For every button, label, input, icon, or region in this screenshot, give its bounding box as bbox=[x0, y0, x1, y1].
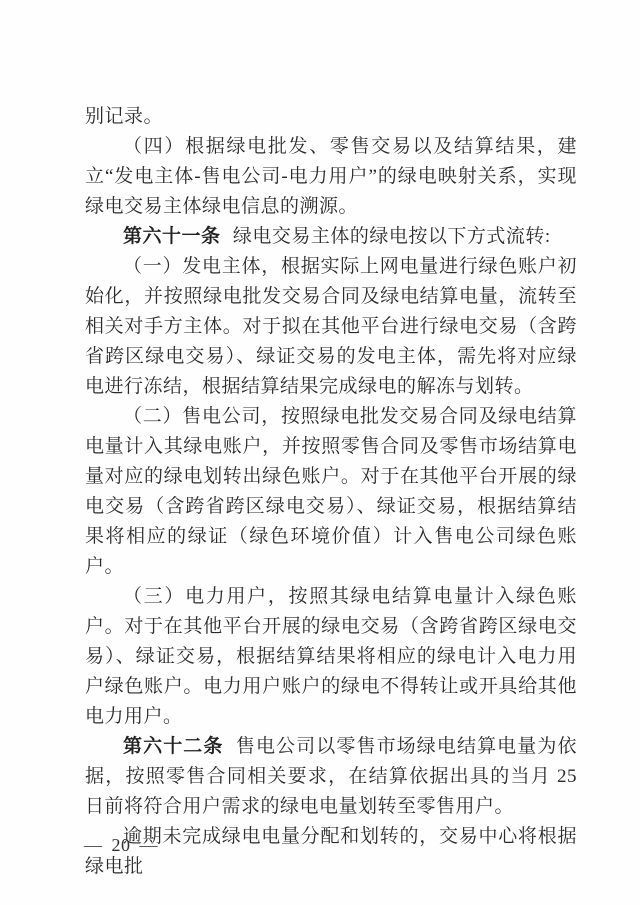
footer-dash-left: — bbox=[84, 835, 103, 855]
footer-dash-right: — bbox=[140, 835, 159, 855]
article-61-text: 绿电交易主体的绿电按以下方式流转: bbox=[233, 226, 551, 247]
paragraph-article-62: 第六十二条售电公司以零售市场绿电结算电量为依据，按照零售合同相关要求，在结算依据… bbox=[85, 732, 577, 822]
article-62-heading: 第六十二条 bbox=[123, 736, 224, 757]
paragraph-overdue-note: 逾期未完成绿电电量分配和划转的，交易中心将根据绿电批 bbox=[85, 822, 577, 882]
document-content: 别记录。 （四）根据绿电批发、零售交易以及结算结果，建立“发电主体-售电公司-电… bbox=[85, 102, 577, 882]
paragraph-item-4: （四）根据绿电批发、零售交易以及结算结果，建立“发电主体-售电公司-电力用户”的… bbox=[85, 132, 577, 222]
document-page: 别记录。 （四）根据绿电批发、零售交易以及结算结果，建立“发电主体-售电公司-电… bbox=[0, 0, 640, 905]
page-number: 20 bbox=[112, 835, 131, 855]
paragraph-item-3-users: （三）电力用户，按照其绿电结算电量计入绿色账户。对于在其他平台开展的绿电交易（含… bbox=[85, 582, 577, 732]
article-61-heading: 第六十一条 bbox=[123, 226, 221, 247]
paragraph-item-2-retailers: （二）售电公司，按照绿电批发交易合同及绿电结算电量计入其绿电账户，并按照零售合同… bbox=[85, 402, 577, 582]
paragraph-continuation: 别记录。 bbox=[85, 102, 577, 132]
paragraph-article-61: 第六十一条绿电交易主体的绿电按以下方式流转: bbox=[85, 222, 577, 252]
paragraph-item-1-generators: （一）发电主体，根据实际上网电量进行绿色账户初始化，并按照绿电批发交易合同及绿电… bbox=[85, 252, 577, 402]
page-footer: —20— bbox=[84, 835, 158, 856]
